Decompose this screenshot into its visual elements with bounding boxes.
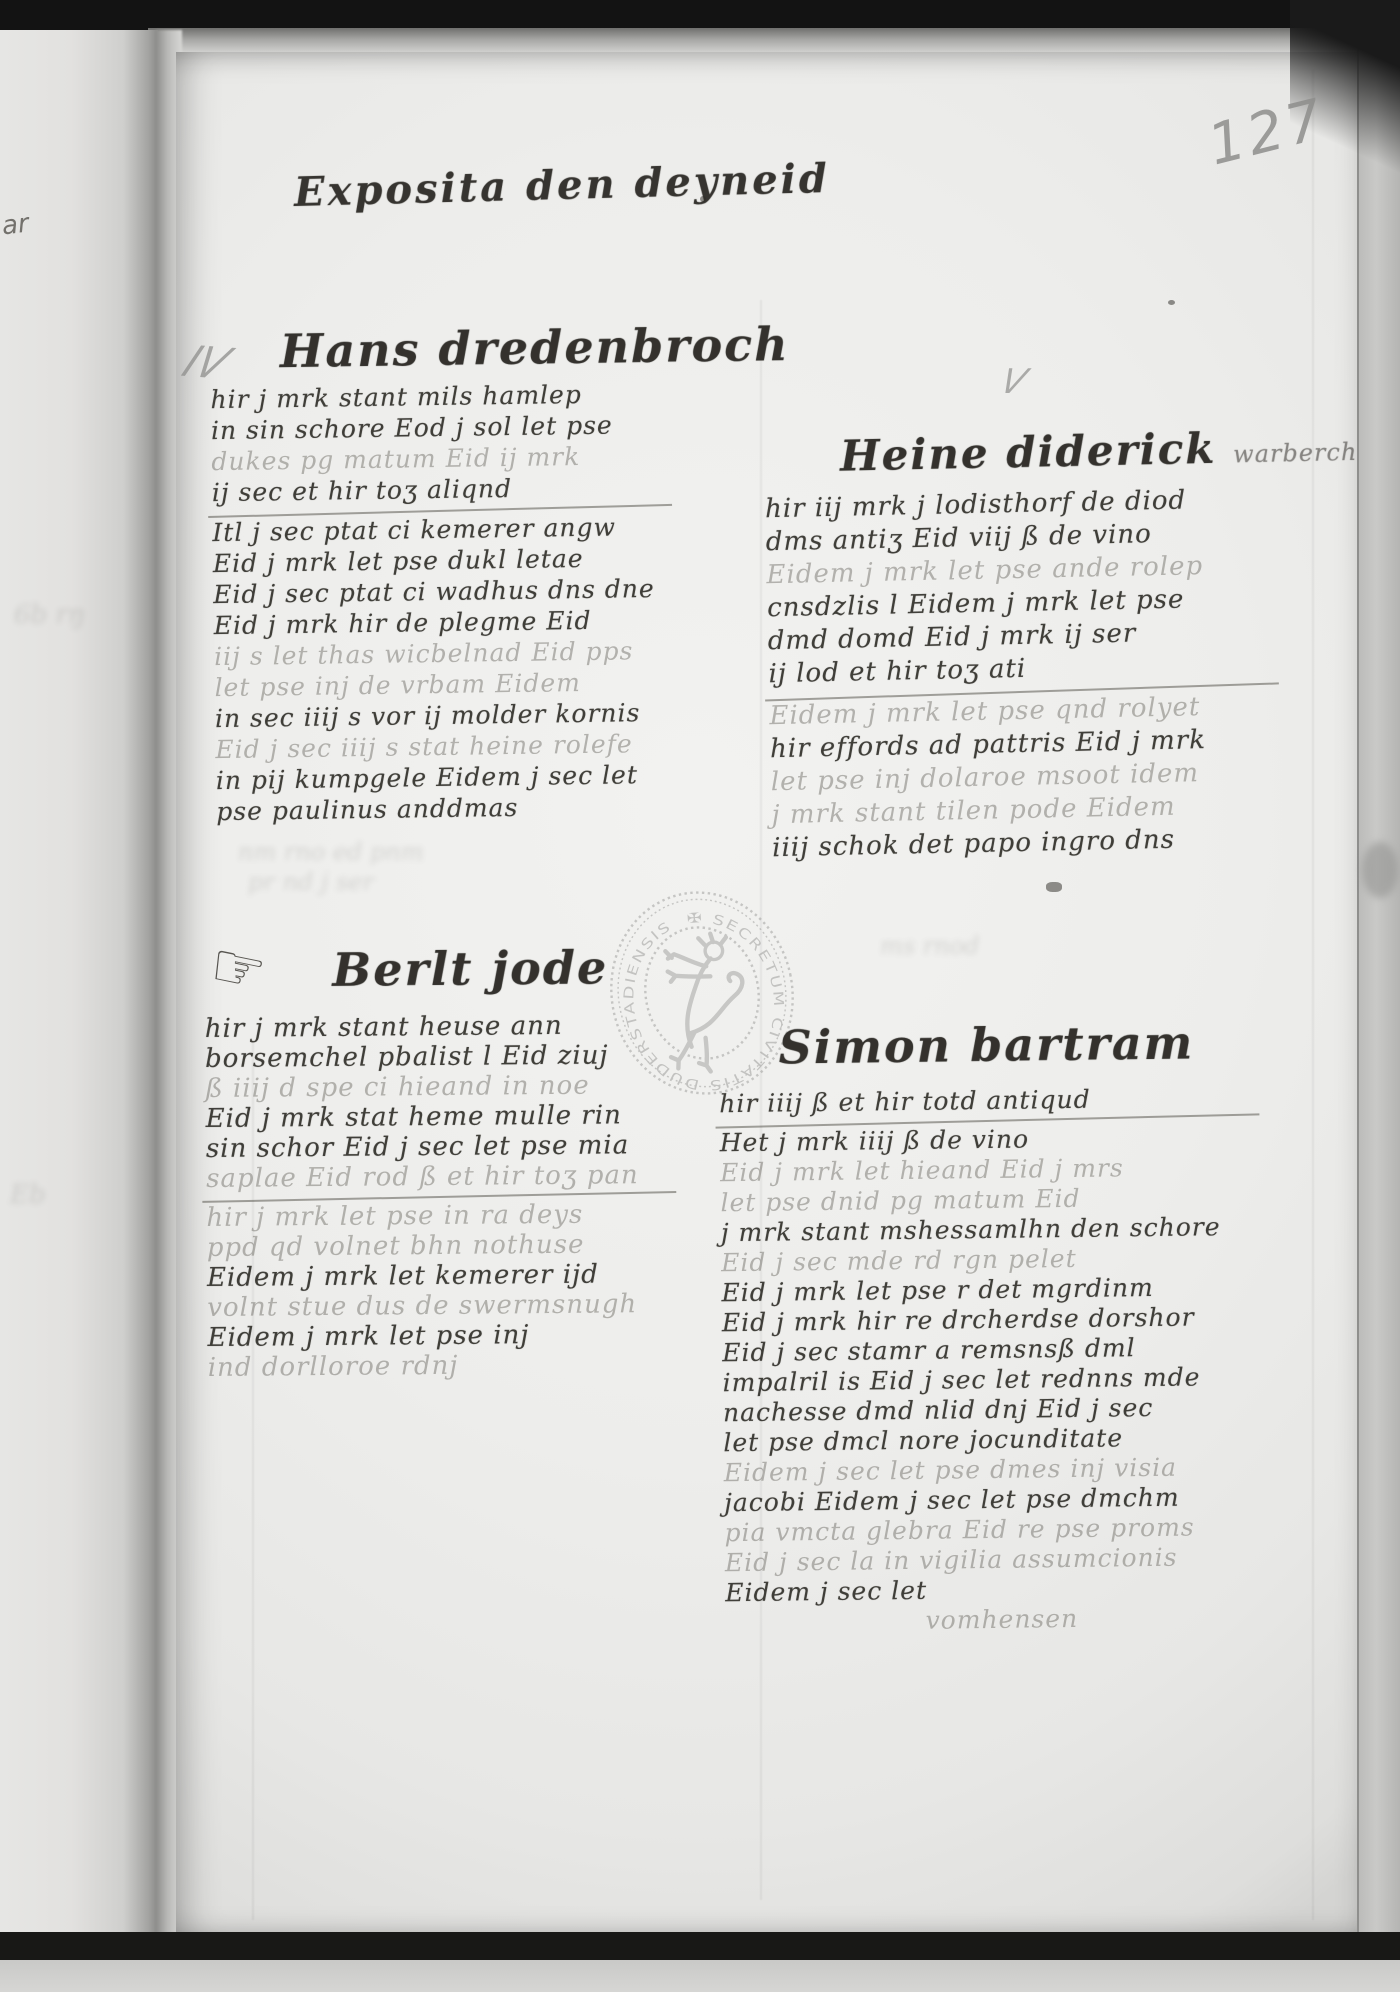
faded-text-smudge: pr nd j ser	[248, 868, 374, 896]
entry-block-berlt-jode: ☞ Berlt jode hir j mrk stant heuse annbo…	[204, 940, 668, 1383]
manuscript-line: pse paulinus anddmas	[216, 791, 666, 828]
book-top-edge	[0, 0, 1400, 30]
page-crease	[1312, 70, 1314, 1920]
manuscript-line: ppd qd volnet bhn nothuse	[207, 1229, 667, 1263]
entry-lines: hir j mrk stant mils hamlepin sin schore…	[210, 379, 666, 828]
manuscript-line: saplae Eid rod ß et hir toʒ pan	[206, 1160, 666, 1194]
book-bottom-edge	[0, 1932, 1400, 1960]
entry-lines: hir iiij ß et hir totd antiqudHet j mrk …	[719, 1083, 1256, 1638]
entry-header: Hans dredenbroch	[280, 319, 661, 378]
entry-header-name: Hans dredenbroch	[280, 317, 790, 378]
entry-header-name: Berlt jode	[332, 940, 608, 996]
manuscript-line: ind dorlloroe rdnj	[208, 1349, 668, 1383]
faded-text-smudge: ms rnod	[880, 932, 979, 960]
entry-header: Heine diderick warberch	[840, 423, 1265, 481]
table-surface	[0, 1960, 1400, 1992]
manuscript-line: Eid j mrk stat heme mulle rin	[205, 1100, 665, 1134]
faded-text-smudge: nm rno ed pnm	[238, 838, 424, 866]
bleedthrough-smudge: 6b rŋ	[14, 600, 85, 630]
entry-block-hans-dredenbroch: Hans dredenbroch hir j mrk stant mils ha…	[210, 319, 667, 828]
entry-header: Berlt jode	[332, 940, 664, 997]
entry-lines: hir iij mrk j lodisthorf de dioddms anti…	[765, 484, 1273, 866]
manuscript-line: ß iiij d spe ci hieand in noe	[205, 1070, 665, 1104]
ink-speck	[1046, 882, 1062, 892]
ink-speck	[1168, 300, 1175, 305]
edge-stain	[1362, 842, 1398, 898]
manuscript-line: hir j mrk let pse in ra deys	[206, 1199, 666, 1233]
entry-block-simon-bartram: Simon bartram hir iiij ß et hir totd ant…	[718, 1015, 1255, 1638]
manuscript-line: hir j mrk stant heuse ann	[205, 1010, 665, 1044]
manuscript-line: borsemchel pbalist l Eid ziuj	[205, 1040, 665, 1074]
bleedthrough-smudge: Eb	[10, 1180, 46, 1210]
page-stack-right-edge	[1357, 30, 1400, 1935]
entry-header-name: Heine diderick	[840, 424, 1217, 481]
previous-page-edge	[0, 30, 158, 1935]
manuscript-line: sin schor Eid j sec let pse mia	[206, 1130, 666, 1164]
entry-header: Simon bartram	[778, 1015, 1249, 1075]
manuscript-line: Eidem j mrk let kemerer ijd	[207, 1259, 667, 1293]
entry-header-suffix: warberch	[1233, 438, 1358, 469]
manuscript-line: volnt stue dus de swermsnugh	[207, 1289, 667, 1323]
manuscript-line: Eidem j mrk let pse inj	[207, 1319, 667, 1353]
entry-lines: hir j mrk stant heuse annborsemchel pbal…	[205, 1010, 668, 1383]
entry-header-name: Simon bartram	[778, 1015, 1194, 1074]
margin-note: ar	[1, 209, 31, 242]
entry-block-heine-diderick: Heine diderick warberch hir iij mrk j lo…	[764, 423, 1273, 866]
